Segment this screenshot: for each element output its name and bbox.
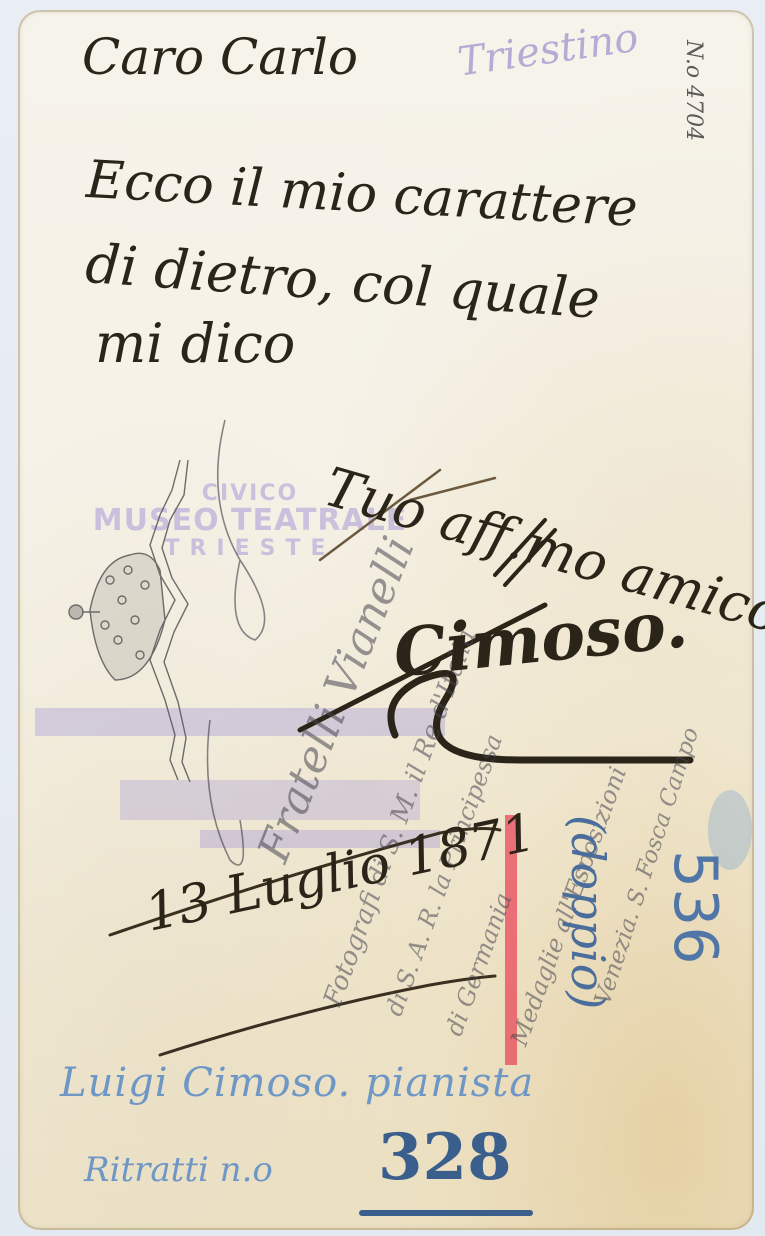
caption-ritratti-number: 328 [378,1120,512,1195]
salutation: Caro Carlo [82,28,358,86]
caption-ritratti-label: Ritratti n.o [84,1150,273,1190]
annotation-doppio: (doppio) [561,815,615,1009]
catalog-number: 536 [660,850,730,965]
scan-background: CIVICO MUSEO TEATRALE TRIESTE [0,0,765,1236]
imprint-negative-number: N.o 4704 [681,40,706,141]
caption-name: Luigi Cimoso. pianista [60,1060,534,1106]
dedication-line-3: mi dico [95,312,295,375]
